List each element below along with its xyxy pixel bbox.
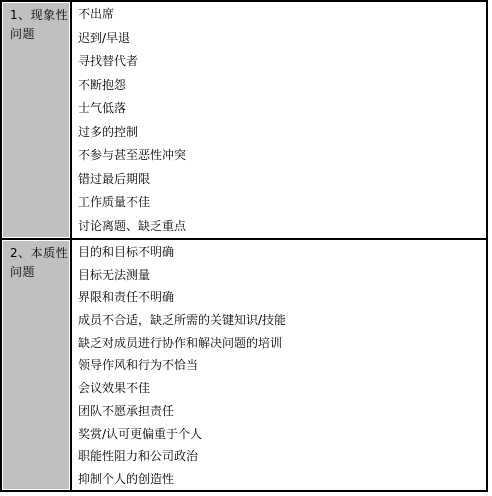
table-row: 2、本质性问题目的和目标不明确目标无法测量界限和责任不明确成员不合适，缺乏所需的… <box>2 240 486 490</box>
list-item: 不参与甚至恶性冲突 <box>78 144 482 168</box>
list-item: 不断抱怨 <box>78 74 482 98</box>
row-items-cell: 目的和目标不明确目标无法测量界限和责任不明确成员不合适，缺乏所需的关键知识/技能… <box>72 240 486 490</box>
list-item: 目标无法测量 <box>78 264 482 287</box>
list-item: 讨论离题、缺乏重点 <box>78 215 482 239</box>
list-item: 士气低落 <box>78 97 482 121</box>
list-item: 成员不合适，缺乏所需的关键知识/技能 <box>78 309 482 332</box>
list-item: 职能性阻力和公司政治 <box>78 445 482 468</box>
problems-table: 1、现象性问题不出席迟到/早退寻找替代者不断抱怨士气低落过多的控制不参与甚至恶性… <box>0 0 488 492</box>
row-header-cell: 2、本质性问题 <box>3 241 69 489</box>
row-items-cell: 不出席迟到/早退寻找替代者不断抱怨士气低落过多的控制不参与甚至恶性冲突错过最后期… <box>72 2 486 238</box>
list-item: 缺乏对成员进行协作和解决问题的培训 <box>78 332 482 355</box>
list-item: 领导作风和行为不恰当 <box>78 354 482 377</box>
list-item: 寻找替代者 <box>78 50 482 74</box>
list-item: 迟到/早退 <box>78 27 482 51</box>
list-item: 奖赏/认可更偏重于个人 <box>78 423 482 446</box>
list-item: 界限和责任不明确 <box>78 286 482 309</box>
list-item: 会议效果不佳 <box>78 377 482 400</box>
table-row: 1、现象性问题不出席迟到/早退寻找替代者不断抱怨士气低落过多的控制不参与甚至恶性… <box>2 2 486 238</box>
list-item: 目的和目标不明确 <box>78 241 482 264</box>
list-item: 错过最后期限 <box>78 168 482 192</box>
list-item: 不出席 <box>78 3 482 27</box>
row-header-cell: 1、现象性问题 <box>3 3 69 237</box>
list-item: 工作质量不佳 <box>78 191 482 215</box>
list-item: 过多的控制 <box>78 121 482 145</box>
list-item: 团队不愿承担责任 <box>78 400 482 423</box>
list-item: 抑制个人的创造性 <box>78 468 482 490</box>
